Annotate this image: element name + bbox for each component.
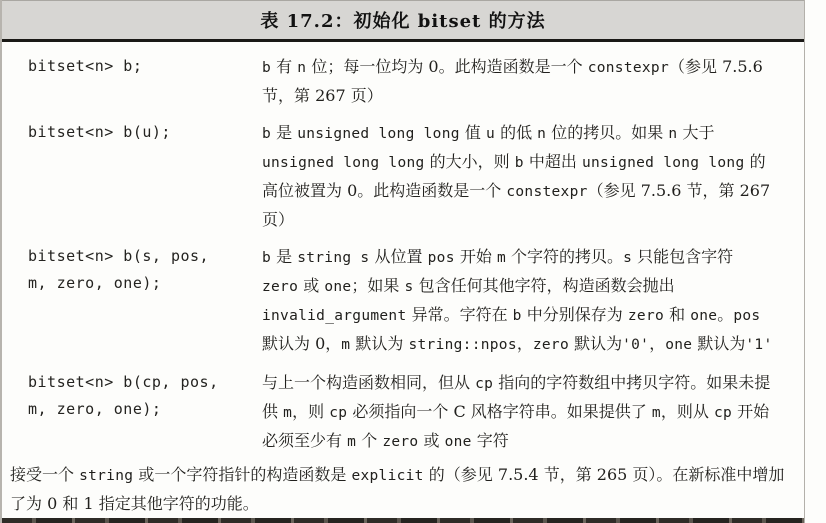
inline-code: constexpr	[506, 184, 587, 200]
inline-code: m	[497, 250, 506, 266]
inline-code: '1'	[745, 337, 772, 353]
inline-code: zero	[628, 308, 664, 324]
inline-code: pos	[428, 250, 455, 266]
inline-text: 只能包含字符	[632, 247, 733, 266]
inline-text: 接受一个	[10, 465, 79, 484]
table-row: bitset<n> b;b 有 n 位；每一位均为 0。此构造函数是一个 con…	[2, 53, 804, 109]
description-cell: b 有 n 位；每一位均为 0。此构造函数是一个 constexpr（参见 7.…	[262, 53, 774, 109]
inline-code: s	[623, 250, 632, 266]
inline-text: 值	[460, 123, 486, 142]
description-cell: 与上一个构造函数相同，但从 cp 指向的字符数组中拷贝字符。如果未提供 m，则 …	[262, 369, 774, 456]
inline-text: 异常。字符在	[406, 305, 512, 324]
inline-text: 或	[298, 276, 324, 295]
inline-code: b	[262, 250, 271, 266]
inline-code: cp	[475, 376, 493, 392]
code-line: bitset<n> b(u);	[28, 119, 262, 146]
inline-code: unsigned long long	[262, 155, 425, 171]
inline-code: constexpr	[588, 60, 669, 76]
inline-text: 默认为	[692, 334, 745, 353]
inline-text: 包含任何其他字符，构造函数会抛出	[414, 276, 675, 295]
inline-text: ，则	[292, 402, 329, 421]
inline-text: 是	[271, 123, 297, 142]
inline-text: 是	[271, 247, 297, 266]
inline-text: ，	[517, 334, 533, 353]
inline-text: 有	[271, 57, 297, 76]
inline-code: b	[262, 60, 271, 76]
inline-text: 大于	[677, 123, 714, 142]
inline-text: ，	[649, 334, 665, 353]
table-row: bitset<n> b(s, pos,m, zero, one);b 是 str…	[2, 243, 804, 359]
inline-code: one	[324, 279, 351, 295]
inline-text: 开始	[455, 247, 497, 266]
inline-code: invalid_argument	[262, 308, 406, 324]
inline-code: unsigned long long	[297, 126, 460, 142]
inline-code: '0'	[622, 337, 649, 353]
code-cell: bitset<n> b(cp, pos,m, zero, one);	[2, 369, 262, 423]
inline-code: n	[537, 126, 546, 142]
inline-code: pos	[733, 308, 760, 324]
inline-text: 默认为	[350, 334, 408, 353]
inline-text: ；如果	[351, 276, 404, 295]
inline-text: 个字符的拷贝。	[506, 247, 623, 266]
inline-code: string::npos	[409, 337, 517, 353]
inline-text: 个	[356, 431, 382, 450]
inline-text: 位；每一位均为 0。此构造函数是一个	[306, 57, 587, 76]
inline-code: s	[405, 279, 414, 295]
code-line: m, zero, one);	[28, 396, 262, 423]
inline-code: cp	[329, 405, 347, 421]
inline-text: 和	[664, 305, 690, 324]
inline-text: 的低	[495, 123, 537, 142]
inline-code: zero	[382, 434, 418, 450]
inline-code: unsigned long long	[582, 155, 745, 171]
inline-code: zero	[533, 337, 569, 353]
inline-code: string	[79, 468, 133, 484]
inline-code: n	[297, 60, 306, 76]
inline-code: zero	[262, 279, 298, 295]
inline-text: 默认为	[569, 334, 622, 353]
inline-text: 或一个字符指针的构造函数是	[133, 465, 351, 484]
inline-text: 位的拷贝。如果	[546, 123, 668, 142]
table-row: bitset<n> b(u);b 是 unsigned long long 值 …	[2, 119, 804, 233]
inline-code: u	[486, 126, 495, 142]
inline-text: 默认为 0，	[262, 334, 341, 353]
table-row: bitset<n> b(cp, pos,m, zero, one);与上一个构造…	[2, 369, 804, 456]
inline-code: b	[262, 126, 271, 142]
table-bottom-border	[2, 518, 804, 523]
table-footnote: 接受一个 string 或一个字符指针的构造函数是 explicit 的（参见 …	[2, 456, 804, 518]
inline-text: 字符	[472, 431, 509, 450]
inline-text: 必须指向一个 C 风格字符串。如果提供了	[347, 402, 652, 421]
inline-text: ，则从	[661, 402, 714, 421]
inline-code: one	[445, 434, 472, 450]
description-cell: b 是 string s 从位置 pos 开始 m 个字符的拷贝。s 只能包含字…	[262, 243, 774, 359]
table-body: bitset<n> b;b 有 n 位；每一位均为 0。此构造函数是一个 con…	[2, 42, 804, 456]
inline-code: m	[341, 337, 350, 353]
inline-text: 或	[418, 431, 444, 450]
inline-code: m	[652, 405, 661, 421]
inline-code: b	[513, 308, 522, 324]
code-cell: bitset<n> b(u);	[2, 119, 262, 146]
inline-code: one	[665, 337, 692, 353]
inline-text: 从位置	[369, 247, 427, 266]
bitset-methods-table: 表 17.2：初始化 bitset 的方法 bitset<n> b;b 有 n …	[0, 0, 805, 523]
table-title: 表 17.2：初始化 bitset 的方法	[2, 0, 804, 42]
code-line: m, zero, one);	[28, 270, 262, 297]
inline-text: 的大小，则	[425, 152, 515, 171]
description-cell: b 是 unsigned long long 值 u 的低 n 位的拷贝。如果 …	[262, 119, 774, 233]
code-line: bitset<n> b(s, pos,	[28, 243, 262, 270]
inline-code: explicit	[351, 468, 423, 484]
inline-code: m	[347, 434, 356, 450]
code-line: bitset<n> b;	[28, 53, 262, 80]
inline-code: m	[283, 405, 292, 421]
code-cell: bitset<n> b(s, pos,m, zero, one);	[2, 243, 262, 297]
inline-code: cp	[714, 405, 732, 421]
code-line: bitset<n> b(cp, pos,	[28, 369, 262, 396]
inline-code: string s	[297, 250, 369, 266]
inline-text: 。	[717, 305, 733, 324]
code-cell: bitset<n> b;	[2, 53, 262, 80]
inline-code: one	[690, 308, 717, 324]
inline-code: b	[515, 155, 524, 171]
inline-text: 中超出	[524, 152, 582, 171]
inline-text: 与上一个构造函数相同，但从	[262, 373, 475, 392]
inline-text: 中分别保存为	[522, 305, 628, 324]
